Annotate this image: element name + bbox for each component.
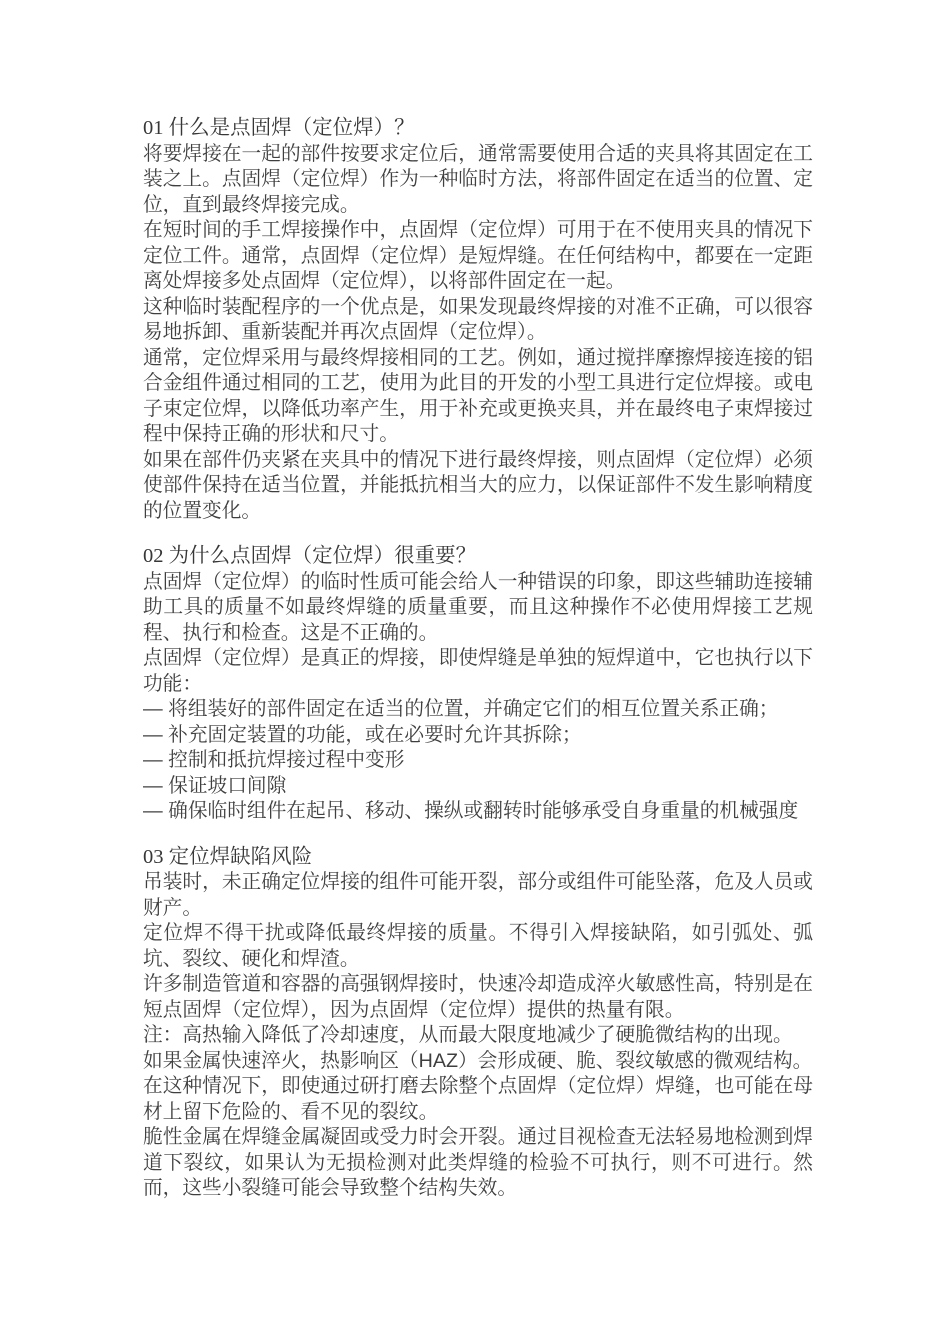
paragraph: 在短时间的手工焊接操作中，点固焊（定位焊）可用于在不使用夹具的情况下定位工件。通… [143, 218, 813, 295]
paragraph: 通常，定位焊采用与最终焊接相同的工艺。例如，通过搅拌摩擦焊接连接的铝合金组件通过… [143, 346, 813, 448]
list-item: — 将组装好的部件固定在适当的位置，并确定它们的相互位置关系正确； [143, 697, 813, 723]
paragraph: 点固焊（定位焊）是真正的焊接，即使焊缝是单独的短焊道中，它也执行以下功能： [143, 646, 813, 697]
paragraph: 定位焊不得干扰或降低最终焊接的质量。不得引入焊接缺陷，如引弧处、弧坑、裂纹、硬化… [143, 921, 813, 972]
paragraph: 将要焊接在一起的部件按要求定位后，通常需要使用合适的夹具将其固定在工装之上。点固… [143, 142, 813, 219]
paragraph: 脆性金属在焊缝金属凝固或受力时会开裂。通过目视检查无法轻易地检测到焊道下裂纹，如… [143, 1125, 813, 1202]
section-heading: 01 什么是点固焊（定位焊）？ [143, 116, 813, 142]
paragraph: 注：高热输入降低了冷却速度，从而最大限度地减少了硬脆微结构的出现。 [143, 1023, 813, 1049]
paragraph: 吊装时，未正确定位焊接的组件可能开裂，部分或组件可能坠落，危及人员或财产。 [143, 870, 813, 921]
section-defect-risk: 03 定位焊缺陷风险 吊装时，未正确定位焊接的组件可能开裂，部分或组件可能坠落，… [143, 845, 813, 1202]
article-content: 01 什么是点固焊（定位焊）？ 将要焊接在一起的部件按要求定位后，通常需要使用合… [143, 116, 813, 1202]
document-page: 01 什么是点固焊（定位焊）？ 将要焊接在一起的部件按要求定位后，通常需要使用合… [0, 0, 950, 1344]
list-item: — 控制和抵抗焊接过程中变形 [143, 748, 813, 774]
paragraph: 如果在部件仍夹紧在夹具中的情况下进行最终焊接，则点固焊（定位焊）必须使部件保持在… [143, 448, 813, 525]
paragraph: 这种临时装配程序的一个优点是，如果发现最终焊接的对准不正确，可以很容易地拆卸、重… [143, 295, 813, 346]
paragraph: 在这种情况下，即使通过研打磨去除整个点固焊（定位焊）焊缝，也可能在母材上留下危险… [143, 1074, 813, 1125]
section-why-important: 02 为什么点固焊（定位焊）很重要？ 点固焊（定位焊）的临时性质可能会给人一种错… [143, 544, 813, 825]
list-item: — 确保临时组件在起吊、移动、操纵或翻转时能够承受自身重量的机械强度 [143, 799, 813, 825]
list-item: — 补充固定装置的功能，或在必要时允许其拆除； [143, 723, 813, 749]
list-item: — 保证坡口间隙 [143, 774, 813, 800]
section-heading: 03 定位焊缺陷风险 [143, 845, 813, 871]
section-what-is-tack-welding: 01 什么是点固焊（定位焊）？ 将要焊接在一起的部件按要求定位后，通常需要使用合… [143, 116, 813, 524]
paragraph: 点固焊（定位焊）的临时性质可能会给人一种错误的印象，即这些辅助连接辅助工具的质量… [143, 570, 813, 647]
paragraph: 许多制造管道和容器的高强钢焊接时，快速冷却造成淬火敏感性高，特别是在短点固焊（定… [143, 972, 813, 1023]
section-heading: 02 为什么点固焊（定位焊）很重要？ [143, 544, 813, 570]
paragraph: 如果金属快速淬火，热影响区（HAZ）会形成硬、脆、裂纹敏感的微观结构。 [143, 1049, 813, 1075]
